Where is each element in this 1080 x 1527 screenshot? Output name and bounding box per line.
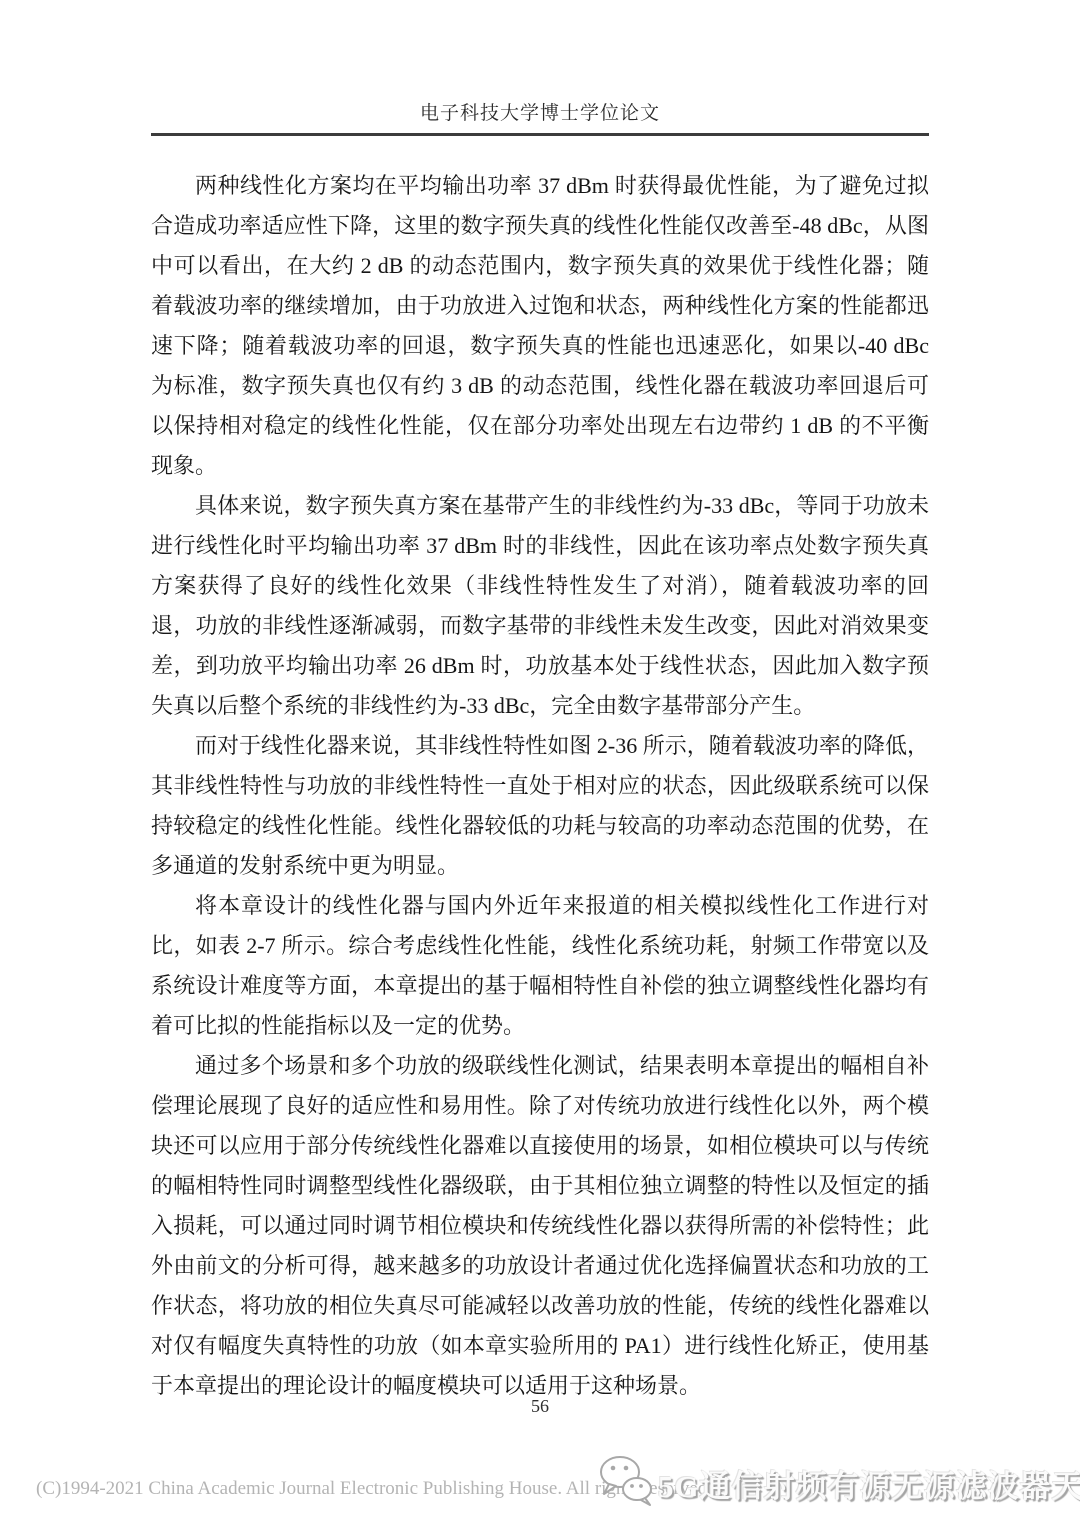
watermark-text: 5G通信射频有源无源滤波器天线 (658, 1461, 1080, 1506)
page-number: 56 (0, 1396, 1080, 1417)
watermark: 5G通信射频有源无源滤波器天线 (598, 1454, 1080, 1513)
header-divider (151, 133, 929, 136)
paragraph: 具体来说，数字预失真方案在基带产生的非线性约为-33 dBc，等同于功放未进行线… (151, 486, 929, 726)
paragraph: 而对于线性化器来说，其非线性特性如图 2-36 所示，随着载波功率的降低，其非线… (151, 726, 929, 886)
paragraph: 通过多个场景和多个功放的级联线性化测试，结果表明本章提出的幅相自补偿理论展现了良… (151, 1046, 929, 1406)
document-page: 电子科技大学博士学位论文 两种线性化方案均在平均输出功率 37 dBm 时获得最… (0, 0, 1080, 1527)
paragraph: 两种线性化方案均在平均输出功率 37 dBm 时获得最优性能，为了避免过拟合造成… (151, 166, 929, 486)
page-footer: (C)1994-2021 China Academic Journal Elec… (0, 1448, 1080, 1527)
body-text: 两种线性化方案均在平均输出功率 37 dBm 时获得最优性能，为了避免过拟合造成… (151, 166, 929, 1406)
header-title: 电子科技大学博士学位论文 (0, 98, 1080, 125)
wechat-icon (598, 1454, 654, 1513)
paragraph: 将本章设计的线性化器与国内外近年来报道的相关模拟线性化工作进行对比，如表 2-7… (151, 886, 929, 1046)
page-header: 电子科技大学博士学位论文 (0, 0, 1080, 136)
